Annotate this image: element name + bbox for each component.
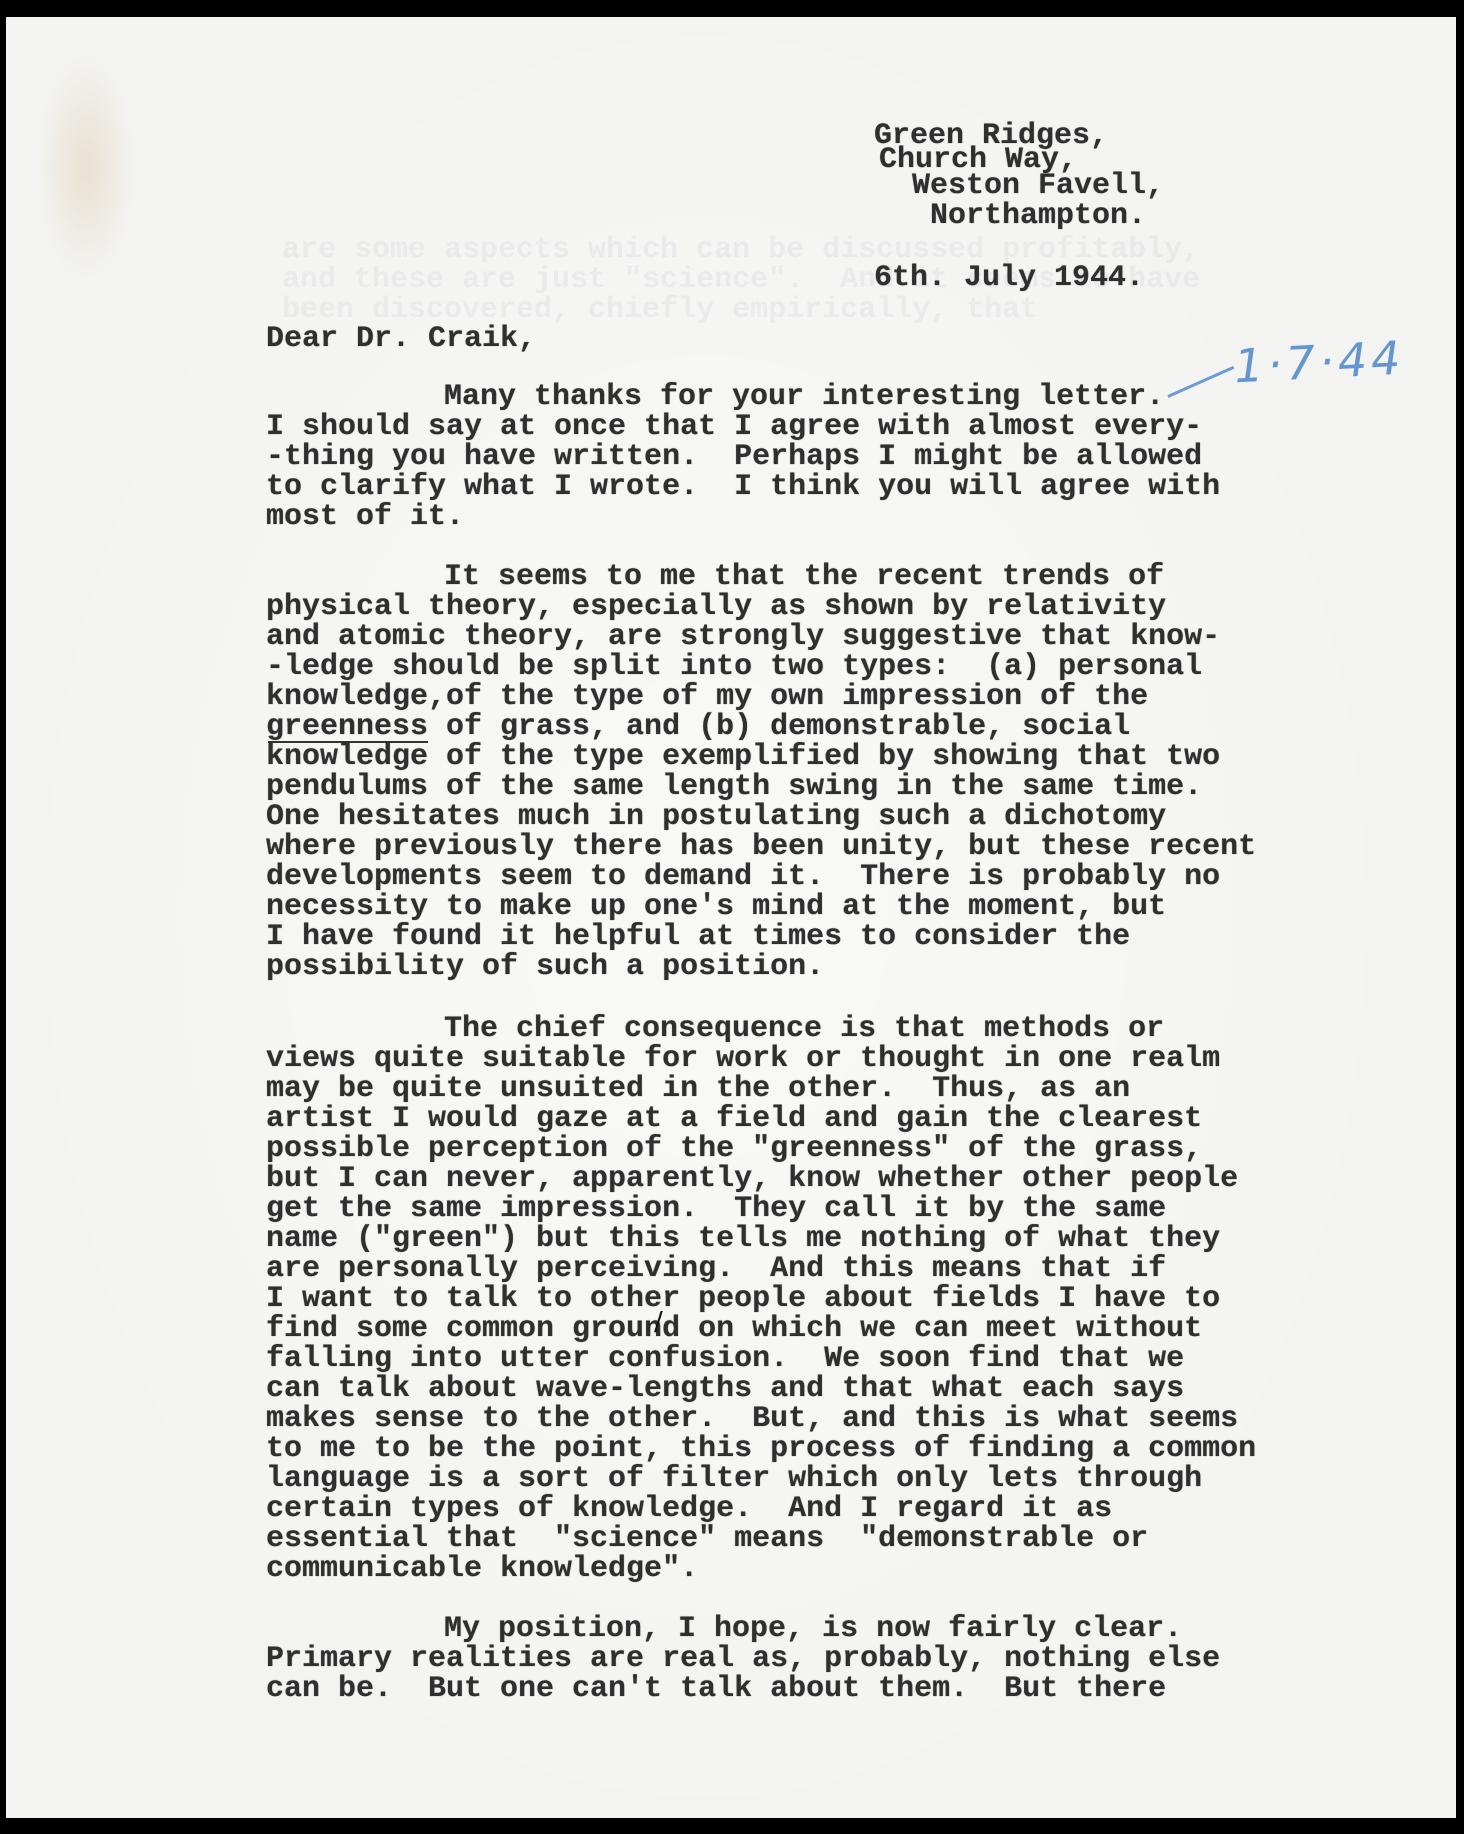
paragraph-line: One hesitates much in postulating such a…	[266, 802, 1166, 832]
paragraph-line: essential that "science" means "demonstr…	[266, 1524, 1148, 1554]
paragraph-line: find some common ground on which we can …	[266, 1314, 1202, 1344]
paragraph-line: certain types of knowledge. And I regard…	[266, 1494, 1112, 1524]
paragraph-line: are personally perceiving. And this mean…	[266, 1254, 1166, 1284]
paragraph-line: Many thanks for your interesting letter.	[444, 382, 1164, 412]
paragraph-line: may be quite unsuited in the other. Thus…	[266, 1074, 1130, 1104]
paragraph-line: knowledge,of the type of my own impressi…	[266, 682, 1148, 712]
address-line-3: Weston Favell,	[912, 171, 1164, 201]
letter-page: are some aspects which can be discussed …	[6, 17, 1456, 1818]
paragraph-line: Primary realities are real as, probably,…	[266, 1644, 1220, 1674]
paragraph-line: -thing you have written. Perhaps I might…	[266, 442, 1202, 472]
paragraph-line: The chief consequence is that methods or	[444, 1014, 1164, 1044]
paragraph-line: physical theory, especially as shown by …	[266, 592, 1166, 622]
paragraph-line: developments seem to demand it. There is…	[266, 862, 1220, 892]
paragraph-line: artist I would gaze at a field and gain …	[266, 1104, 1202, 1134]
paragraph-line: where previously there has been unity, b…	[266, 832, 1256, 862]
paragraph-line: to me to be the point, this process of f…	[266, 1434, 1256, 1464]
paragraph-line: necessity to make up one's mind at the m…	[266, 892, 1166, 922]
paragraph-line: I should say at once that I agree with a…	[266, 412, 1202, 442]
paragraph-line: I want to talk to other people about fie…	[266, 1284, 1220, 1314]
paragraph-line: language is a sort of filter which only …	[266, 1464, 1202, 1494]
paragraph-line: name ("green") but this tells me nothing…	[266, 1224, 1220, 1254]
address-line-4: Northampton.	[930, 201, 1146, 231]
proofreading-mark: /	[654, 1307, 663, 1337]
paragraph-line: and atomic theory, are strongly suggesti…	[266, 622, 1220, 652]
annotation-stroke	[1167, 366, 1234, 398]
paragraph-line: views quite suitable for work or thought…	[266, 1044, 1220, 1074]
salutation: Dear Dr. Craik,	[266, 324, 536, 354]
paragraph-line: falling into utter confusion. We soon fi…	[266, 1344, 1184, 1374]
paragraph-line: possibility of such a position.	[266, 952, 824, 982]
paragraph-line: possible perception of the "greenness" o…	[266, 1134, 1202, 1164]
paragraph-line: can be. But one can't talk about them. B…	[266, 1674, 1166, 1704]
bleed-through-text: been discovered, chiefly empirically, th…	[282, 295, 1038, 325]
paragraph-line: My position, I hope, is now fairly clear…	[444, 1614, 1182, 1644]
paragraph-line: pendulums of the same length swing in th…	[266, 772, 1202, 802]
paragraph-line: knowledge of the type exemplified by sho…	[266, 742, 1220, 772]
paragraph-line: but I can never, apparently, know whethe…	[266, 1164, 1238, 1194]
paragraph-line: -ledge should be split into two types: (…	[266, 652, 1202, 682]
handwritten-date-annotation: 1·7·44	[1233, 331, 1406, 394]
paragraph-line: makes sense to the other. But, and this …	[266, 1404, 1238, 1434]
paragraph-line: It seems to me that the recent trends of	[444, 562, 1164, 592]
paragraph-line: greenness of grass, and (b) demonstrable…	[266, 712, 1130, 742]
paragraph-line: I have found it helpful at times to cons…	[266, 922, 1130, 952]
paragraph-line: can talk about wave-lengths and that wha…	[266, 1374, 1184, 1404]
letter-date: 6th. July 1944.	[874, 263, 1144, 293]
paragraph-line: get the same impression. They call it by…	[266, 1194, 1166, 1224]
paragraph-line: most of it.	[266, 502, 464, 532]
paragraph-line: communicable knowledge".	[266, 1554, 698, 1584]
paragraph-line: to clarify what I wrote. I think you wil…	[266, 472, 1220, 502]
